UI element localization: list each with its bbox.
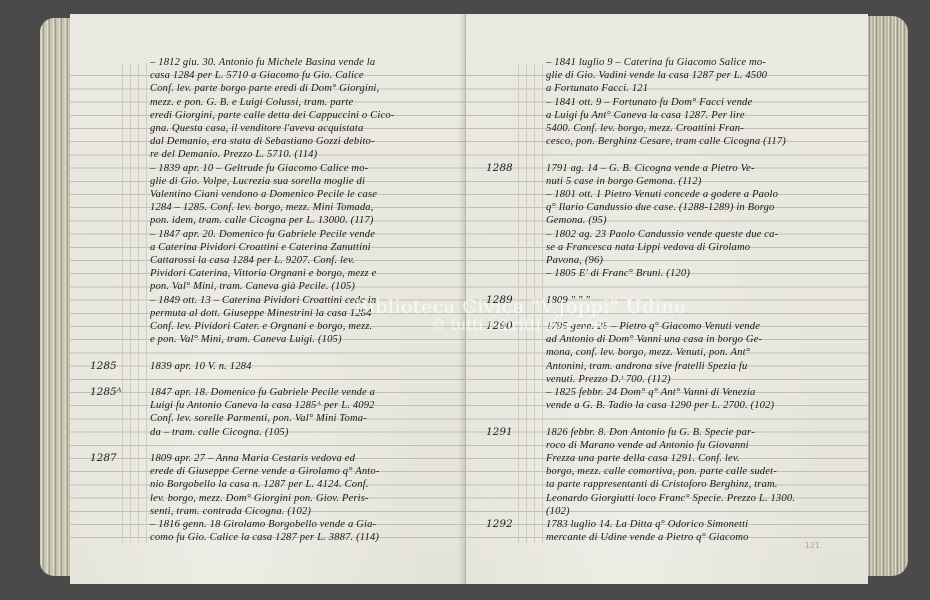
entry-line: Conf. lev. Pividori Cater. e Orgnani e b…: [150, 320, 455, 333]
entry-line: – 1849 ott. 13 – Caterina Pividori Croat…: [150, 294, 455, 307]
entry-line: Gemona. (95): [546, 214, 858, 227]
entry-line: da – tram. calle Cicogna. (105): [150, 426, 455, 439]
ledger-entry: – 1805 E' di Franc° Bruni. (120): [466, 267, 868, 280]
entry-text: – 1801 ott. 1 Pietro Venuti concede a go…: [546, 188, 868, 228]
ledger-entry: 1285ᴬ 1847 apr. 18. Domenico fu Gabriele…: [70, 386, 465, 439]
entry-line: Conf. lev. sorelle Parmenti, pon. Val° M…: [150, 412, 455, 425]
entry-line: Leonardo Giorgiutti loco Franc° Specie. …: [546, 492, 858, 505]
entry-text: – 1841 luglio 9 – Caterina fu Giacomo Sa…: [546, 56, 868, 96]
entry-line: 1809 " " ": [546, 294, 858, 307]
entry-text: – 1825 febbr. 24 Dom° q° Ant° Vanni di V…: [546, 386, 868, 412]
entry-line: 1847 apr. 18. Domenico fu Gabriele Pecil…: [150, 386, 455, 399]
entry-line: e pon. Val° Mini, tram. Caneva Luigi. (1…: [150, 333, 455, 346]
entry-text: – 1847 apr. 20. Domenico fu Gabriele Pec…: [150, 228, 465, 294]
ledger-entry: – 1841 luglio 9 – Caterina fu Giacomo Sa…: [466, 56, 868, 96]
entry-line: pon. Val° Mini, tram. Caneva già Pecile.…: [150, 280, 455, 293]
entry-line: q° Ilario Candussio due case. (1288-1289…: [546, 201, 858, 214]
right-page-stack: [864, 16, 908, 576]
entry-line: 1795 genn. 25 – Pietro q° Giacomo Venuti…: [546, 320, 858, 333]
entry-line: ta parte rappresentanti di Cristoforo Be…: [546, 478, 858, 491]
entry-text: – 1812 giu. 30. Antonio fu Michele Basin…: [150, 56, 465, 162]
house-number: [466, 386, 546, 412]
entry-line: 1783 luglio 14. La Ditta q° Odorico Simo…: [546, 518, 858, 531]
entry-line: Pavona, (96): [546, 254, 858, 267]
entry-line: a Caterina Pividori Croattini e Caterina…: [150, 241, 455, 254]
entry-line: Frezza una parte della casa 1291. Conf. …: [546, 452, 858, 465]
entry-line: a Fortunato Facci. 121: [546, 82, 858, 95]
house-number: 1290: [466, 320, 546, 386]
house-number: 1288: [466, 162, 546, 188]
entry-text: 1809 " " ": [546, 294, 868, 307]
house-number: 1285ᴬ: [70, 386, 150, 439]
entry-text: 1795 genn. 25 – Pietro q° Giacomo Venuti…: [546, 320, 868, 386]
left-page-stack: [40, 18, 74, 576]
entry-line: a Luigi fu Ant° Caneva la casa 1287. Per…: [546, 109, 858, 122]
entry-line: – 1816 genn. 18 Girolamo Borgobello vend…: [150, 518, 455, 531]
entry-line: 1826 febbr. 8. Don Antonio fu G. B. Spec…: [546, 426, 858, 439]
entry-line: – 1847 apr. 20. Domenico fu Gabriele Pec…: [150, 228, 455, 241]
ledger-entry: 1289 1809 " " ": [466, 294, 868, 307]
entry-line: 1284 – 1285. Conf. lev. borgo, mezz. Min…: [150, 201, 455, 214]
entry-line: dal Demanio, era stata di Sebastiano Goz…: [150, 135, 455, 148]
entry-line: cesco, pon. Berghinz Cesare, tram calle …: [546, 135, 858, 148]
house-number: [466, 188, 546, 228]
house-number: [70, 162, 150, 228]
entry-line: 5400. Conf. lev. borgo, mezz. Croattini …: [546, 122, 858, 135]
entry-line: se a Francesca nata Lippi vedova di Giro…: [546, 241, 858, 254]
entry-text: – 1805 E' di Franc° Bruni. (120): [546, 267, 868, 280]
entry-line: Valentino Ciani vendono a Domenico Pecil…: [150, 188, 455, 201]
entry-text: – 1841 ott. 9 – Fortunato fu Dom° Facci …: [546, 96, 868, 149]
entry-line: – 1839 apr. 10 – Geltrude fu Giacomo Cal…: [150, 162, 455, 175]
entry-line: nio Borgobello la casa n. 1287 per L. 41…: [150, 478, 455, 491]
entry-text: 1839 apr. 10 V. n. 1284: [150, 360, 465, 373]
entry-line: – 1812 giu. 30. Antonio fu Michele Basin…: [150, 56, 455, 69]
house-number: [70, 228, 150, 294]
entry-line: 1809 apr. 27 – Anna Maria Cestaris vedov…: [150, 452, 455, 465]
entry-line: Conf. lev. parte borgo parte eredi di Do…: [150, 82, 455, 95]
right-page: – 1841 luglio 9 – Caterina fu Giacomo Sa…: [466, 14, 868, 584]
entry-line: Cattarossi la casa 1284 per L. 9207. Con…: [150, 254, 455, 267]
ledger-entry: 1287 1809 apr. 27 – Anna Maria Cestaris …: [70, 452, 465, 518]
entry-text: 1809 apr. 27 – Anna Maria Cestaris vedov…: [150, 452, 465, 518]
entry-line: (102): [546, 505, 858, 518]
house-number: [70, 294, 150, 347]
ledger-entry: 1290 1795 genn. 25 – Pietro q° Giacomo V…: [466, 320, 868, 386]
entry-text: – 1802 ag. 23 Paolo Candussio vende ques…: [546, 228, 868, 268]
entry-line: mezz. e pon. G. B. e Luigi Colussi, tram…: [150, 96, 455, 109]
house-number: [466, 267, 546, 280]
entry-line: – 1841 luglio 9 – Caterina fu Giacomo Sa…: [546, 56, 858, 69]
entry-line: ad Antonio di Dom° Vanni una casa in bor…: [546, 333, 858, 346]
ledger-entry: – 1825 febbr. 24 Dom° q° Ant° Vanni di V…: [466, 386, 868, 412]
entry-text: 1826 febbr. 8. Don Antonio fu G. B. Spec…: [546, 426, 868, 518]
entry-text: – 1839 apr. 10 – Geltrude fu Giacomo Cal…: [150, 162, 465, 228]
entry-line: glie di Gio. Volpe, Lucrezia sua sorella…: [150, 175, 455, 188]
entry-line: eredi Giorgini, parte calle detta dei Ca…: [150, 109, 455, 122]
ledger-entry: 1285 1839 apr. 10 V. n. 1284: [70, 360, 465, 373]
ledger-entry: – 1847 apr. 20. Domenico fu Gabriele Pec…: [70, 228, 465, 294]
house-number: [466, 96, 546, 149]
entry-line: Antonini, tram. androna sive fratelli Sp…: [546, 360, 858, 373]
entry-line: borgo, mezz. calle comortiva, pon. parte…: [546, 465, 858, 478]
ledger-entry: – 1802 ag. 23 Paolo Candussio vende ques…: [466, 228, 868, 268]
entry-line: – 1801 ott. 1 Pietro Venuti concede a go…: [546, 188, 858, 201]
left-page-entries: – 1812 giu. 30. Antonio fu Michele Basin…: [70, 56, 465, 544]
entry-line: 1839 apr. 10 V. n. 1284: [150, 360, 455, 373]
ledger-entry: – 1812 giu. 30. Antonio fu Michele Basin…: [70, 56, 465, 162]
entry-line: nuti 5 case in borgo Gemona. (112): [546, 175, 858, 188]
entry-line: permuta al dott. Giuseppe Minestrini la …: [150, 307, 455, 320]
house-number: [70, 518, 150, 544]
page-number: 121: [805, 541, 820, 550]
entry-line: re del Demanio. Prezzo L. 5710. (114): [150, 148, 455, 161]
right-page-entries: – 1841 luglio 9 – Caterina fu Giacomo Sa…: [466, 56, 868, 544]
entry-text: – 1816 genn. 18 Girolamo Borgobello vend…: [150, 518, 465, 544]
entry-line: venuti. Prezzo D.ᵗ 700. (112): [546, 373, 858, 386]
house-number: 1287: [70, 452, 150, 518]
entry-line: erede di Giuseppe Cerne vende a Girolamo…: [150, 465, 455, 478]
entry-line: como fu Gio. Calice la casa 1287 per L. …: [150, 531, 455, 544]
entry-line: senti, tram. contrada Cicogna. (102): [150, 505, 455, 518]
ledger-entry: – 1801 ott. 1 Pietro Venuti concede a go…: [466, 188, 868, 228]
ledger-entry: – 1816 genn. 18 Girolamo Borgobello vend…: [70, 518, 465, 544]
entry-line: 1791 ag. 14 – G. B. Cicogna vende a Piet…: [546, 162, 858, 175]
house-number: 1292: [466, 518, 546, 544]
entry-line: glie di Gio. Vadini vende la casa 1287 p…: [546, 69, 858, 82]
ledger-entry: 1288 1791 ag. 14 – G. B. Cicogna vende a…: [466, 162, 868, 188]
house-number: [466, 228, 546, 268]
open-ledger-book: – 1812 giu. 30. Antonio fu Michele Basin…: [40, 14, 908, 584]
entry-line: roco di Marano vende ad Antonio fu Giova…: [546, 439, 858, 452]
entry-line: Pividori Caterina, Vittoria Orgnani e bo…: [150, 267, 455, 280]
entry-line: lev. borgo, mezz. Dom° Giorgini pon. Gio…: [150, 492, 455, 505]
entry-text: 1847 apr. 18. Domenico fu Gabriele Pecil…: [150, 386, 465, 439]
entry-line: – 1805 E' di Franc° Bruni. (120): [546, 267, 858, 280]
entry-line: casa 1284 per L. 5710 a Giacomo fu Gio. …: [150, 69, 455, 82]
ledger-entry: 1291 1826 febbr. 8. Don Antonio fu G. B.…: [466, 426, 868, 518]
entry-text: 1791 ag. 14 – G. B. Cicogna vende a Piet…: [546, 162, 868, 188]
entry-line: pon. idem, tram. calle Cicogna per L. 13…: [150, 214, 455, 227]
left-page: – 1812 giu. 30. Antonio fu Michele Basin…: [70, 14, 466, 584]
house-number: [70, 56, 150, 162]
ledger-entry: – 1841 ott. 9 – Fortunato fu Dom° Facci …: [466, 96, 868, 149]
entry-line: – 1802 ag. 23 Paolo Candussio vende ques…: [546, 228, 858, 241]
entry-line: vende a G. B. Tadio la casa 1290 per L. …: [546, 399, 858, 412]
entry-line: – 1841 ott. 9 – Fortunato fu Dom° Facci …: [546, 96, 858, 109]
house-number: 1285: [70, 360, 150, 373]
ledger-entry: – 1849 ott. 13 – Caterina Pividori Croat…: [70, 294, 465, 347]
ledger-entry: – 1839 apr. 10 – Geltrude fu Giacomo Cal…: [70, 162, 465, 228]
entry-line: mona, conf. lev. borgo, mezz. Venuti, po…: [546, 346, 858, 359]
house-number: 1289: [466, 294, 546, 307]
entry-line: gna. Questa casa, il venditore l'aveva a…: [150, 122, 455, 135]
house-number: 1291: [466, 426, 546, 518]
entry-line: Luigi fu Antonio Caneva la casa 1285ᴬ pe…: [150, 399, 455, 412]
entry-line: – 1825 febbr. 24 Dom° q° Ant° Vanni di V…: [546, 386, 858, 399]
entry-text: – 1849 ott. 13 – Caterina Pividori Croat…: [150, 294, 465, 347]
house-number: [466, 56, 546, 96]
